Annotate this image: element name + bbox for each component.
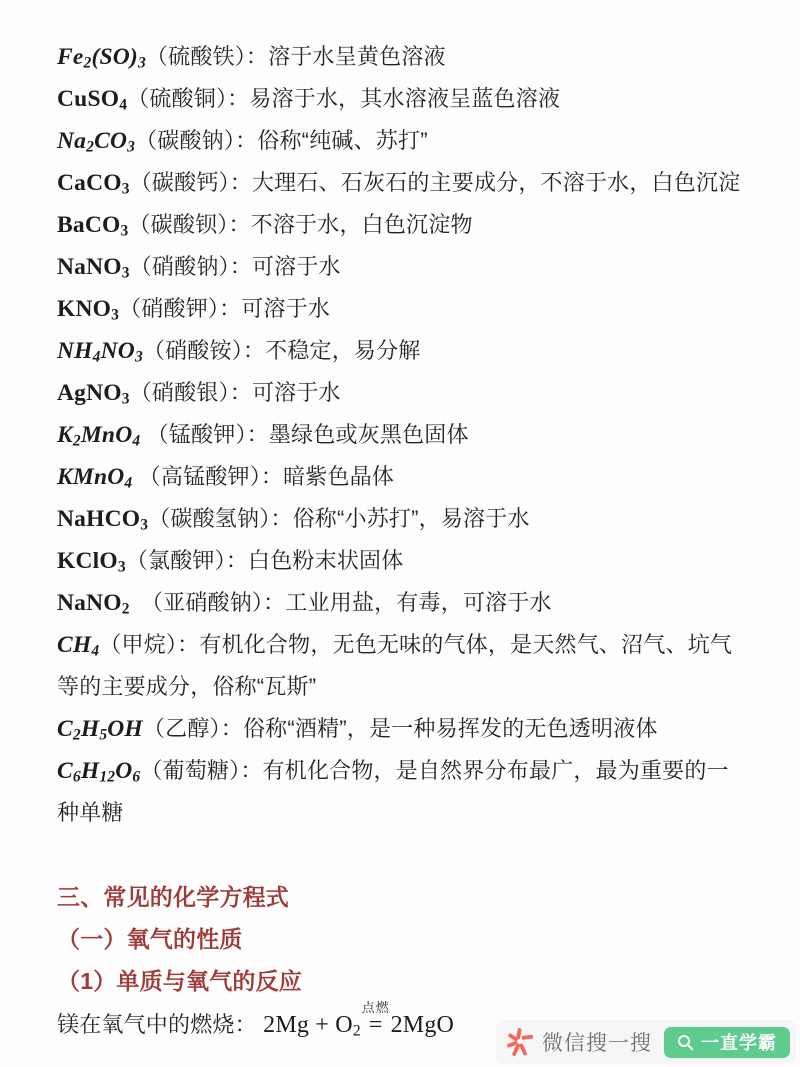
- compound-entry: KMnO4 （高锰酸钾）：暗紫色晶体: [57, 456, 749, 498]
- compound-description: 不稳定，易分解: [265, 338, 420, 363]
- wechat-search-brand-label: 微信搜一搜: [542, 1027, 652, 1057]
- compound-name-paren: （葡萄糖）：: [140, 758, 262, 783]
- compound-formula: CuSO4: [57, 86, 127, 112]
- compound-formula: K2MnO4: [57, 422, 140, 448]
- compound-description: 暗紫色晶体: [283, 464, 394, 489]
- compound-description: 工业用盐，有毒，可溶于水: [285, 590, 551, 615]
- compound-name-paren: （硝酸铵）：: [143, 338, 265, 363]
- wechat-search-badge[interactable]: 微信搜一搜 一直学霸: [496, 1020, 796, 1064]
- subsection-heading-oxygen: （一）氧气的性质: [57, 918, 749, 960]
- compound-name-paren: （硫酸铁）：: [146, 44, 268, 69]
- compound-formula: C2H5OH: [57, 716, 143, 742]
- compound-name-paren: （锰酸钾）：: [140, 422, 269, 447]
- compound-description: 可溶于水: [252, 380, 341, 405]
- compound-name-paren: （乙醇）：: [143, 716, 243, 741]
- compound-entry: CaCO3（碳酸钙）：大理石、石灰石的主要成分，不溶于水，白色沉淀: [57, 162, 749, 204]
- compound-entry: C2H5OH（乙醇）：俗称“酒精”，是一种易挥发的无色透明液体: [57, 708, 749, 750]
- wechat-search-logo-icon: [507, 1028, 533, 1056]
- equation-condition: 点燃: [362, 987, 390, 1029]
- compound-description: 不溶于水，白色沉淀物: [251, 212, 473, 237]
- equation-rhs: 2MgO: [391, 1012, 454, 1038]
- compound-formula: Na2CO3: [57, 128, 135, 154]
- compound-formula: KNO3: [57, 296, 119, 322]
- equation-equals-group: 点燃=: [361, 1004, 391, 1046]
- compound-description: 大理石、石灰石的主要成分，不溶于水，白色沉淀: [252, 170, 740, 195]
- compound-name-paren: （氯酸钾）：: [126, 548, 248, 573]
- compound-formula: KClO3: [57, 548, 126, 574]
- compound-name-paren: （甲烷）：: [99, 632, 199, 657]
- compound-name-paren: （高锰酸钾）：: [132, 464, 283, 489]
- compound-name-paren: （碳酸钙）：: [130, 170, 252, 195]
- compound-entry: CuSO4（硫酸铜）：易溶于水，其水溶液呈蓝色溶液: [57, 78, 749, 120]
- compound-entry: CH4（甲烷）：有机化合物，无色无味的气体，是天然气、沼气、坑气等的主要成分，俗…: [57, 624, 749, 708]
- compound-entry: Fe2(SO)3（硫酸铁）：溶于水呈黄色溶液: [57, 36, 749, 78]
- compound-description: 俗称“小苏打”，易溶于水: [293, 506, 530, 531]
- compound-name-paren: （硝酸钠）：: [130, 254, 252, 279]
- compound-name-paren: （亚硝酸钠）：: [130, 590, 286, 615]
- search-query-text: 一直学霸: [701, 1029, 777, 1055]
- compound-entry: C6H12O6（葡萄糖）：有机化合物，是自然界分布最广，最为重要的一种单糖: [57, 750, 749, 834]
- compound-entry: BaCO3（碳酸钡）：不溶于水，白色沉淀物: [57, 204, 749, 246]
- compound-description: 白色粉末状固体: [248, 548, 403, 573]
- equation-label: 镁在氧气中的燃烧：: [57, 1012, 257, 1037]
- compound-description: 可溶于水: [241, 296, 330, 321]
- compound-formula: NaNO3: [57, 254, 130, 280]
- compound-entry: NaHCO3（碳酸氢钠）：俗称“小苏打”，易溶于水: [57, 498, 749, 540]
- search-icon: [677, 1034, 694, 1051]
- compound-description: 俗称“酒精”，是一种易挥发的无色透明液体: [243, 716, 658, 741]
- compound-formula: NaHCO3: [57, 506, 148, 532]
- compound-list: Fe2(SO)3（硫酸铁）：溶于水呈黄色溶液 CuSO4（硫酸铜）：易溶于水，其…: [57, 36, 749, 834]
- compound-entry: Na2CO3（碳酸钠）：俗称“纯碱、苏打”: [57, 120, 749, 162]
- equation-lhs: 2Mg + O2: [263, 1012, 361, 1038]
- document-page: Fe2(SO)3（硫酸铁）：溶于水呈黄色溶液 CuSO4（硫酸铜）：易溶于水，其…: [0, 0, 800, 1067]
- compound-name-paren: （硝酸银）：: [130, 380, 252, 405]
- compound-description: 俗称“纯碱、苏打”: [257, 128, 427, 153]
- compound-entry: NaNO2 （亚硝酸钠）：工业用盐，有毒，可溶于水: [57, 582, 749, 624]
- compound-name-paren: （碳酸钠）：: [135, 128, 257, 153]
- notes-content: Fe2(SO)3（硫酸铁）：溶于水呈黄色溶液 CuSO4（硫酸铜）：易溶于水，其…: [57, 36, 749, 1046]
- compound-entry: AgNO3（硝酸银）：可溶于水: [57, 372, 749, 414]
- compound-formula: AgNO3: [57, 380, 130, 406]
- compound-formula: NaNO2: [57, 590, 130, 616]
- compound-entry: K2MnO4 （锰酸钾）：墨绿色或灰黑色固体: [57, 414, 749, 456]
- compound-name-paren: （硝酸钾）：: [119, 296, 241, 321]
- compound-entry: KClO3（氯酸钾）：白色粉末状固体: [57, 540, 749, 582]
- compound-description: 墨绿色或灰黑色固体: [269, 422, 469, 447]
- compound-description: 溶于水呈黄色溶液: [268, 44, 446, 69]
- compound-formula: Fe2(SO)3: [57, 44, 146, 70]
- compound-entry: NaNO3（硝酸钠）：可溶于水: [57, 246, 749, 288]
- search-query-pill[interactable]: 一直学霸: [664, 1027, 790, 1058]
- compound-formula: NH4NO3: [57, 338, 143, 364]
- compound-description: 可溶于水: [252, 254, 341, 279]
- compound-formula: KMnO4: [57, 464, 132, 490]
- compound-formula: C6H12O6: [57, 758, 140, 784]
- compound-entry: KNO3（硝酸钾）：可溶于水: [57, 288, 749, 330]
- compound-name-paren: （碳酸钡）：: [128, 212, 250, 237]
- compound-description: 易溶于水，其水溶液呈蓝色溶液: [249, 86, 560, 111]
- compound-formula: CaCO3: [57, 170, 130, 196]
- compound-name-paren: （硫酸铜）：: [127, 86, 249, 111]
- subsection-heading-element-reactions: （1）单质与氧气的反应: [57, 960, 749, 1002]
- compound-name-paren: （碳酸氢钠）：: [148, 506, 292, 531]
- section-heading-equations: 三、常见的化学方程式: [57, 876, 749, 918]
- compound-formula: CH4: [57, 632, 99, 658]
- compound-formula: BaCO3: [57, 212, 128, 238]
- compound-entry: NH4NO3（硝酸铵）：不稳定，易分解: [57, 330, 749, 372]
